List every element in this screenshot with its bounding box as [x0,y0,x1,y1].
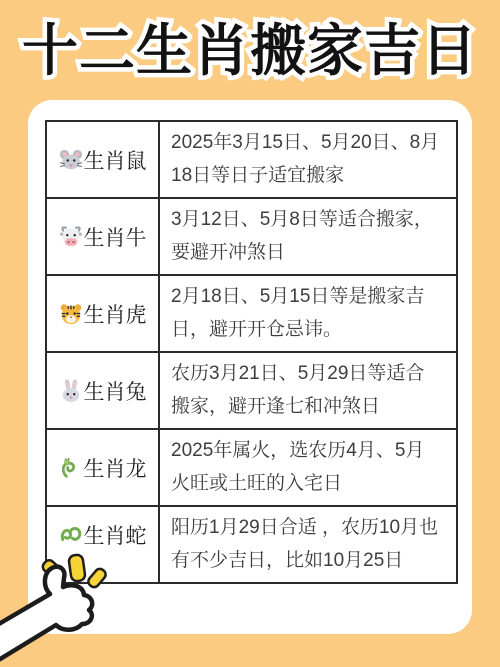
zodiac-table: 生肖鼠 2025年3月15日、5月20日、8月18日等日子适宜搬家 [45,120,458,584]
zodiac-cell-rabbit: 生肖兔 [47,353,160,428]
dates-text: 农历3月21日、5月29日等适合搬家，避开逢七和冲煞日 [171,358,442,423]
zodiac-label: 生肖牛 [84,222,147,252]
dates-text: 2月18日、5月15日等是搬家吉日，避开开仓忌讳。 [171,281,442,346]
zodiac-cell-ox: 生肖牛 [47,199,160,274]
snake-icon [59,523,83,547]
page-title: 十二生肖搬家吉日 十二生肖搬家吉日 [0,8,500,98]
page-title-text: 十二生肖搬家吉日 [0,8,500,94]
infographic-poster: 十二生肖搬家吉日 十二生肖搬家吉日 [0,0,500,667]
zodiac-cell-snake: 生肖蛇 [47,507,160,582]
dates-cell: 阳历1月29日合适 ，农历10月也有不少吉日，比如10月25日 [160,507,456,582]
ox-icon [59,225,83,249]
dates-text: 2025年3月15日、5月20日、8月18日等日子适宜搬家 [171,127,442,192]
tiger-icon [59,302,83,326]
zodiac-label: 生肖鼠 [84,145,147,175]
dates-text: 阳历1月29日合适 ，农历10月也有不少吉日，比如10月25日 [171,512,442,577]
dates-cell: 2025年3月15日、5月20日、8月18日等日子适宜搬家 [160,122,456,197]
dates-text: 3月12日、5月8日等适合搬家，要避开冲煞日 [171,204,442,269]
dates-cell: 2025年属火，选农历4月、5月火旺或土旺的入宅日 [160,430,456,505]
dates-cell: 3月12日、5月8日等适合搬家，要避开冲煞日 [160,199,456,274]
content-card: 生肖鼠 2025年3月15日、5月20日、8月18日等日子适宜搬家 [28,100,472,634]
zodiac-cell-rat: 生肖鼠 [47,122,160,197]
table-row-rat: 生肖鼠 2025年3月15日、5月20日、8月18日等日子适宜搬家 [47,122,456,197]
table-row-tiger: 生肖虎 2月18日、5月15日等是搬家吉日，避开开仓忌讳。 [47,274,456,351]
dates-cell: 农历3月21日、5月29日等适合搬家，避开逢七和冲煞日 [160,353,456,428]
rat-icon [59,148,83,172]
dates-text: 2025年属火，选农历4月、5月火旺或土旺的入宅日 [171,435,442,500]
table-row-rabbit: 生肖兔 农历3月21日、5月29日等适合搬家，避开逢七和冲煞日 [47,351,456,428]
rabbit-icon [59,379,83,403]
dates-cell: 2月18日、5月15日等是搬家吉日，避开开仓忌讳。 [160,276,456,351]
table-row-snake: 生肖蛇 阳历1月29日合适 ，农历10月也有不少吉日，比如10月25日 [47,505,456,582]
zodiac-label: 生肖龙 [84,453,147,483]
zodiac-label: 生肖虎 [84,299,147,329]
table-row-ox: 生肖牛 3月12日、5月8日等适合搬家，要避开冲煞日 [47,197,456,274]
dragon-icon [59,456,83,480]
zodiac-label: 生肖兔 [84,376,147,406]
zodiac-label: 生肖蛇 [84,520,147,550]
zodiac-cell-tiger: 生肖虎 [47,276,160,351]
zodiac-cell-dragon: 生肖龙 [47,430,160,505]
table-row-dragon: 生肖龙 2025年属火，选农历4月、5月火旺或土旺的入宅日 [47,428,456,505]
